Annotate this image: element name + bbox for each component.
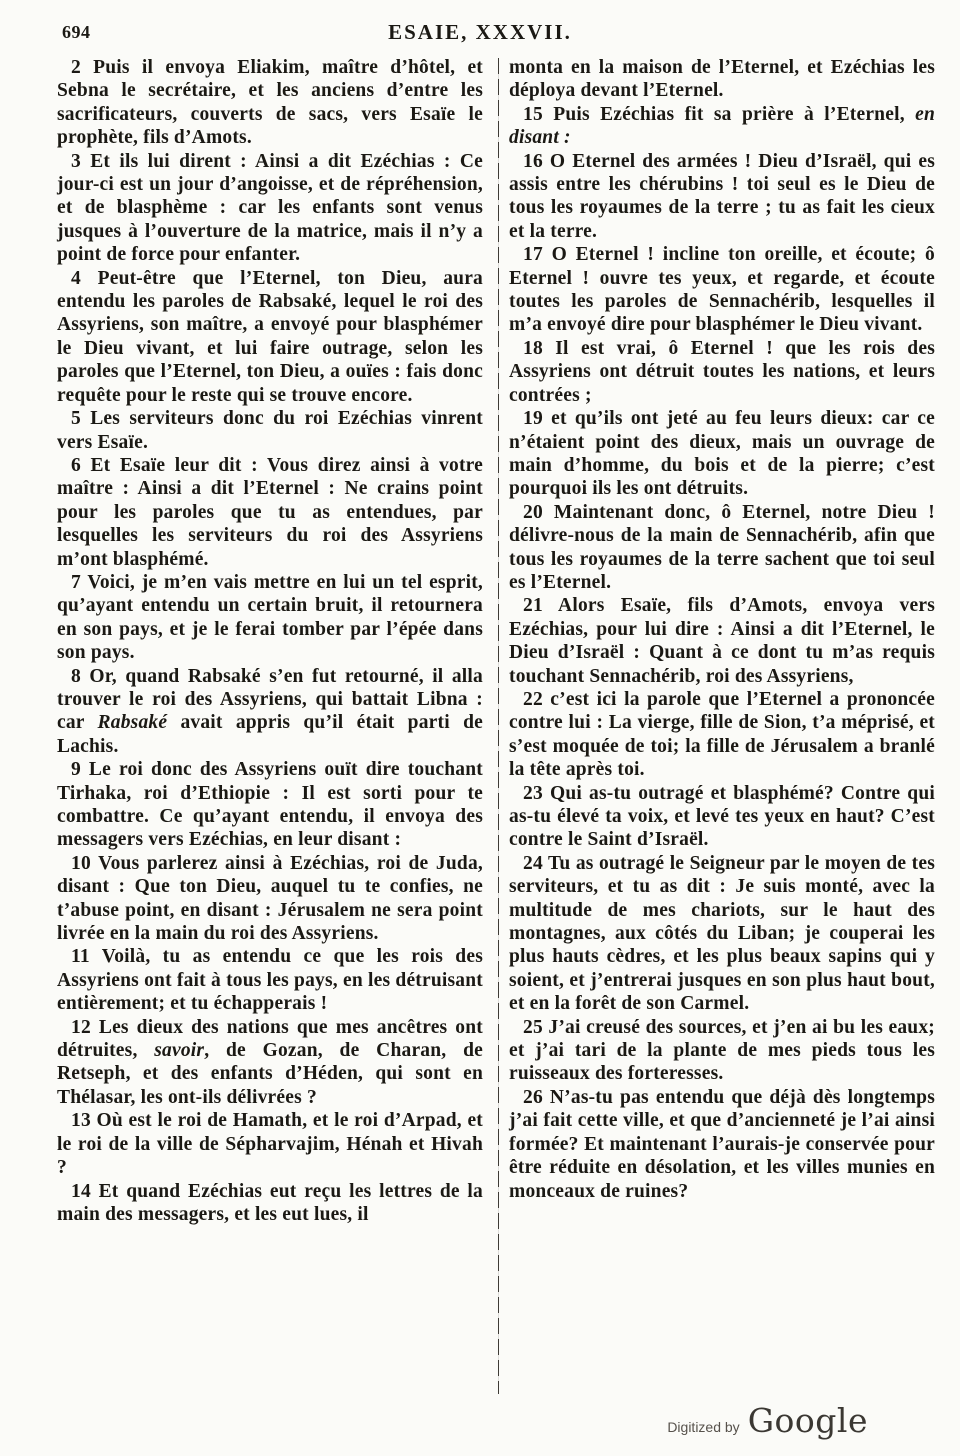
verse-text: 3 Et ils lui dirent : Ainsi a dit Ezéchi… xyxy=(57,151,483,266)
text-columns: 2 Puis il envoya Eliakim, maître d’hôtel… xyxy=(57,56,935,1226)
verse-text: 18 Il est vrai, ô Eternel ! que les rois… xyxy=(509,338,935,406)
verse-text: 4 Peut-être que l’Eternel, ton Dieu, aur… xyxy=(57,268,483,406)
page-footer: Digitized by Google xyxy=(667,1401,868,1440)
verse-paragraph: 22 c’est ici la parole que l’Eternel a p… xyxy=(509,688,935,782)
verse-paragraph: 16 O Eternel des armées ! Dieu d’Israël,… xyxy=(509,150,935,244)
verse-paragraph: 15 Puis Ezéchias fit sa prière à l’Etern… xyxy=(509,103,935,150)
verse-text: 24 Tu as outragé le Seigneur par le moye… xyxy=(509,853,935,1014)
verse-paragraph: 19 et qu’ils ont jeté au feu leurs dieux… xyxy=(509,407,935,501)
verse-paragraph: 5 Les serviteurs donc du roi Ezéchias vi… xyxy=(57,407,483,454)
verse-paragraph: 18 Il est vrai, ô Eternel ! que les rois… xyxy=(509,337,935,407)
digitized-by-label: Digitized by xyxy=(667,1419,739,1435)
page-header: 694 ESAIE, XXXVII. xyxy=(0,20,960,54)
verse-text: 22 c’est ici la parole que l’Eternel a p… xyxy=(509,689,935,780)
verse-paragraph: 8 Or, quand Rabsaké s’en fut retourné, i… xyxy=(57,665,483,759)
verse-paragraph: 9 Le roi donc des Assyriens ouït dire to… xyxy=(57,758,483,852)
verse-text: 23 Qui as-tu outragé et blasphémé? Contr… xyxy=(509,783,935,851)
verse-text-italic: Rabsaké xyxy=(98,712,168,733)
verse-paragraph: 24 Tu as outragé le Seigneur par le moye… xyxy=(509,852,935,1016)
verse-paragraph: 4 Peut-être que l’Eternel, ton Dieu, aur… xyxy=(57,267,483,407)
right-text-column: monta en la maison de l’Eternel, et Ezéc… xyxy=(509,56,935,1226)
verse-text: 26 N’as-tu pas entendu que déjà dès long… xyxy=(509,1087,935,1202)
verse-paragraph: 13 Où est le roi de Hamath, et le roi d’… xyxy=(57,1109,483,1179)
verse-paragraph: 6 Et Esaïe leur dit : Vous direz ainsi à… xyxy=(57,454,483,571)
verse-text: 2 Puis il envoya Eliakim, maître d’hôtel… xyxy=(57,57,483,148)
verse-paragraph: monta en la maison de l’Eternel, et Ezéc… xyxy=(509,56,935,103)
left-text-column: 2 Puis il envoya Eliakim, maître d’hôtel… xyxy=(57,56,483,1226)
verse-text: 9 Le roi donc des Assyriens ouït dire to… xyxy=(57,759,483,850)
verse-text: 19 et qu’ils ont jeté au feu leurs dieux… xyxy=(509,408,935,499)
verse-paragraph: 23 Qui as-tu outragé et blasphémé? Contr… xyxy=(509,782,935,852)
verse-text: 15 Puis Ezéchias fit sa prière à l’Etern… xyxy=(523,104,915,125)
verse-text: 14 Et quand Ezéchias eut reçu les lettre… xyxy=(57,1181,483,1225)
verse-paragraph: 17 O Eternel ! incline ton oreille, et é… xyxy=(509,243,935,337)
verse-text: 11 Voilà, tu as entendu ce que les rois … xyxy=(57,946,483,1014)
scanned-book-page: 694 ESAIE, XXXVII. 2 Puis il envoya Elia… xyxy=(0,0,960,1456)
verse-paragraph: 3 Et ils lui dirent : Ainsi a dit Ezéchi… xyxy=(57,150,483,267)
verse-paragraph: 10 Vous parlerez ainsi à Ezéchias, roi d… xyxy=(57,852,483,946)
verse-paragraph: 25 J’ai creusé des sources, et j’en ai b… xyxy=(509,1016,935,1086)
verse-paragraph: 14 Et quand Ezéchias eut reçu les lettre… xyxy=(57,1180,483,1227)
verse-paragraph: 2 Puis il envoya Eliakim, maître d’hôtel… xyxy=(57,56,483,150)
verse-text: 21 Alors Esaïe, fils d’Amots, envoya ver… xyxy=(509,595,935,686)
verse-text: monta en la maison de l’Eternel, et Ezéc… xyxy=(509,57,935,101)
verse-text: 10 Vous parlerez ainsi à Ezéchias, roi d… xyxy=(57,853,483,944)
verse-text: 13 Où est le roi de Hamath, et le roi d’… xyxy=(57,1110,483,1178)
verse-text: 7 Voici, je m’en vais mettre en lui un t… xyxy=(57,572,483,663)
verse-text-italic: savoir xyxy=(154,1040,204,1061)
verse-paragraph: 20 Maintenant donc, ô Eternel, notre Die… xyxy=(509,501,935,595)
verse-text: 20 Maintenant donc, ô Eternel, notre Die… xyxy=(509,502,935,593)
verse-paragraph: 21 Alors Esaïe, fils d’Amots, envoya ver… xyxy=(509,594,935,688)
verse-text: 5 Les serviteurs donc du roi Ezéchias vi… xyxy=(57,408,483,452)
verse-text: 25 J’ai creusé des sources, et j’en ai b… xyxy=(509,1017,935,1085)
verse-text: 6 Et Esaïe leur dit : Vous direz ainsi à… xyxy=(57,455,483,570)
verse-paragraph: 12 Les dieux des nations que mes ancêtre… xyxy=(57,1016,483,1110)
page-title: ESAIE, XXXVII. xyxy=(0,20,960,45)
verse-text: 16 O Eternel des armées ! Dieu d’Israël,… xyxy=(509,151,935,242)
google-logo: Google xyxy=(748,1401,868,1440)
verse-text: 17 O Eternel ! incline ton oreille, et é… xyxy=(509,244,935,335)
verse-paragraph: 11 Voilà, tu as entendu ce que les rois … xyxy=(57,945,483,1015)
verse-paragraph: 26 N’as-tu pas entendu que déjà dès long… xyxy=(509,1086,935,1203)
verse-paragraph: 7 Voici, je m’en vais mettre en lui un t… xyxy=(57,571,483,665)
